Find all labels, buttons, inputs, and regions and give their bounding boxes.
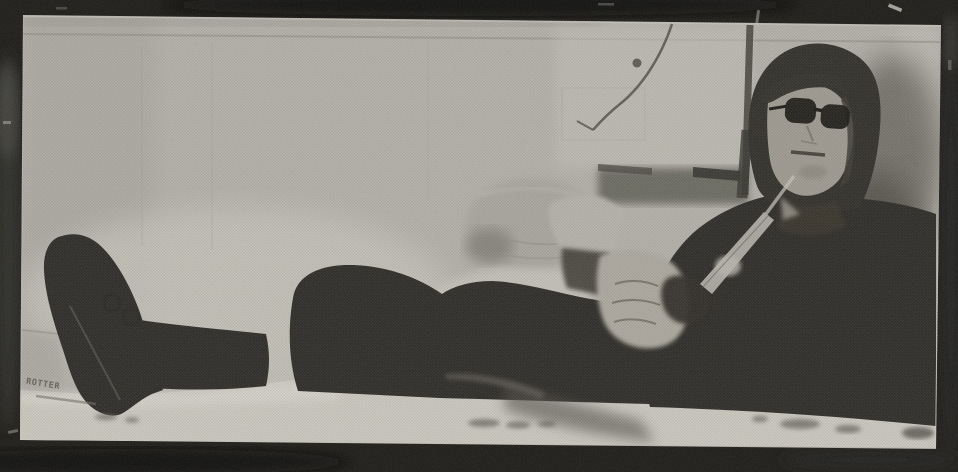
newspaper-photo-clipping: ROTTER — [0, 0, 958, 472]
halftone-photo-canvas: ROTTER — [0, 0, 958, 472]
grain-overlay — [0, 0, 958, 472]
